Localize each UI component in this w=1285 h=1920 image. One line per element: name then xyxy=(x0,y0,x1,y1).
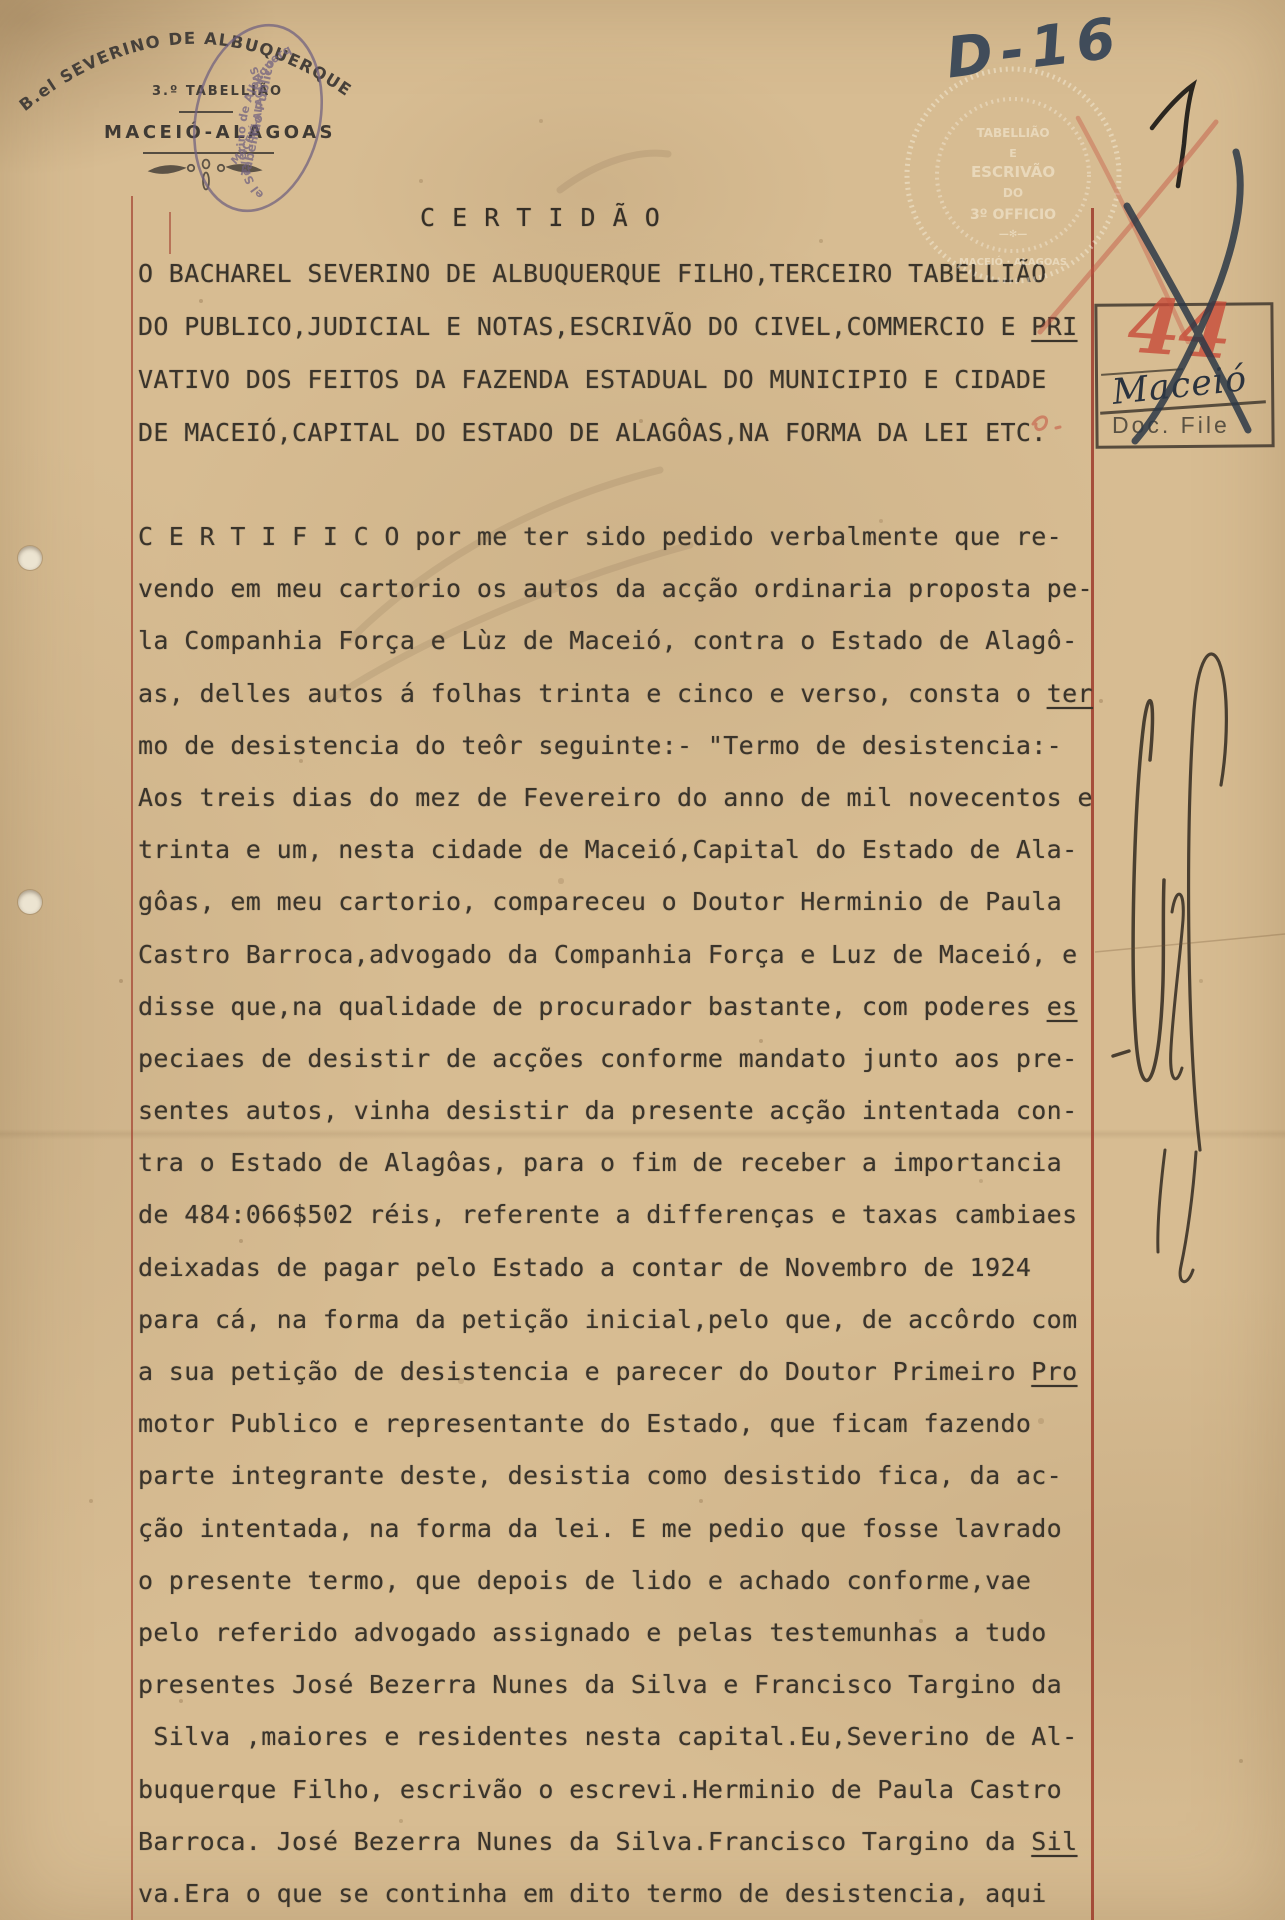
letterhead-title: 3.º TABELLIÃO xyxy=(152,84,283,99)
left-margin-line xyxy=(131,196,133,1920)
fold-crease xyxy=(1095,934,1285,952)
typewritten-line: para cá, na forma da petição inicial,pel… xyxy=(138,1294,1093,1346)
oval-notary-stamp: B.el Severino de Albuquerque Tabellião P… xyxy=(178,13,338,223)
punch-hole xyxy=(18,546,42,570)
signature-flourish xyxy=(1113,654,1226,1282)
typewritten-line: sentes autos, vinha desistir da presente… xyxy=(138,1085,1093,1137)
underlined-text: ter xyxy=(1047,679,1093,708)
document-page: 3.º TABELLIÃO MACEIÓ-ALAGOAS C E R T I D… xyxy=(0,0,1285,1920)
typewritten-line: deixadas de pagar pelo Estado a contar d… xyxy=(138,1242,1093,1294)
typewritten-line: Castro Barroca,advogado da Companhia For… xyxy=(138,929,1093,981)
typewritten-line: Aos treis dias do mez de Fevereiro do an… xyxy=(138,772,1093,824)
typewritten-line: buquerque Filho, escrivão o escrevi.Herm… xyxy=(138,1764,1093,1816)
paper-speckles xyxy=(0,0,2,2)
underlined-text: Pro xyxy=(1031,1357,1077,1386)
punch-hole xyxy=(18,890,42,914)
typewritten-line: o presente termo, que depois de lido e a… xyxy=(138,1555,1093,1607)
typewritten-line: as, delles autos á folhas trinta e cinco… xyxy=(138,668,1093,720)
seal-line: 3º OFFICIO xyxy=(970,207,1056,223)
handwritten-doc-code: D-16 xyxy=(943,5,1126,91)
typewritten-line: motor Publico e representante do Estado,… xyxy=(138,1398,1093,1450)
seal-separator: —✻— xyxy=(999,229,1027,240)
typewritten-line: de 484:066$502 réis, referente a differe… xyxy=(138,1189,1093,1241)
typewritten-line: disse que,na qualidade de procurador bas… xyxy=(138,981,1093,1033)
typewritten-line: la Companhia Força e Lùz de Maceió, cont… xyxy=(138,615,1093,667)
typewritten-line: DE MACEIÓ,CAPITAL DO ESTADO DE ALAGÔAS,N… xyxy=(138,406,1078,459)
underlined-text: es xyxy=(1047,992,1078,1021)
typewritten-line: Silva ,maiores e residentes nesta capita… xyxy=(138,1711,1093,1763)
underlined-text: PRI xyxy=(1031,312,1077,341)
oval-stamp-city: MACEIÓ-ALAGOAS xyxy=(228,63,275,171)
oval-stamp-name: B.el Severino de Albuquerque xyxy=(220,35,298,204)
document-title: C E R T I D Ã O xyxy=(420,203,661,232)
handwritten-page-number xyxy=(1152,85,1193,186)
underlined-text: Sil xyxy=(1031,1827,1077,1856)
seal-line: DO xyxy=(1003,186,1023,200)
typewritten-line: peciaes de desistir de acções conforme m… xyxy=(138,1033,1093,1085)
typewritten-line: mo de desistencia do teôr seguinte:- "Te… xyxy=(138,720,1093,772)
doc-file-label: Doc. File xyxy=(1112,412,1230,439)
oval-stamp-role: Tabellião Publico xyxy=(238,58,277,178)
seal-line: TABELLIÃO xyxy=(976,125,1049,140)
typewritten-line: C E R T I F I C O por me ter sido pedido… xyxy=(138,511,1093,563)
preamble-paragraph: O BACHAREL SEVERINO DE ALBUQUERQUE FILHO… xyxy=(138,247,1078,459)
seal-line: ESCRIVÃO xyxy=(971,162,1055,181)
typewritten-line: vendo em meu cartorio os autos da acção … xyxy=(138,563,1093,615)
seal-line: E xyxy=(1009,147,1017,160)
typewritten-line: gôas, em meu cartorio, compareceu o Dout… xyxy=(138,876,1093,928)
svg-text:B.el Severino de Albuquerque: B.el Severino de Albuquerque xyxy=(220,35,298,204)
typewritten-line: tra o Estado de Alagôas, para o fim de r… xyxy=(138,1137,1093,1189)
typewritten-line: pelo referido advogado assignado e pelas… xyxy=(138,1607,1093,1659)
typewritten-line: presentes José Bezerra Nunes da Silva e … xyxy=(138,1659,1093,1711)
typewritten-line: O BACHAREL SEVERINO DE ALBUQUERQUE FILHO… xyxy=(138,247,1078,300)
body-paragraph: C E R T I F I C O por me ter sido pedido… xyxy=(138,511,1093,1920)
typewritten-line: parte integrante deste, desistia como de… xyxy=(138,1450,1093,1502)
typewritten-line: Barroca. José Bezerra Nunes da Silva.Fra… xyxy=(138,1816,1093,1868)
typewritten-line: DO PUBLICO,JUDICIAL E NOTAS,ESCRIVÃO DO … xyxy=(138,300,1078,353)
letterhead-city: MACEIÓ-ALAGOAS xyxy=(104,122,336,143)
svg-text:MACEIÓ-ALAGOAS: MACEIÓ-ALAGOAS xyxy=(228,63,275,171)
typewritten-line: trinta e um, nesta cidade de Maceió,Capi… xyxy=(138,824,1093,876)
typewritten-line: ção intentada, na forma da lei. E me ped… xyxy=(138,1503,1093,1555)
typewritten-line: VATIVO DOS FEITOS DA FAZENDA ESTADUAL DO… xyxy=(138,353,1078,406)
typewritten-line: va.Era o que se continha em dito termo d… xyxy=(138,1868,1093,1920)
letterhead-ornament-icon xyxy=(150,160,260,190)
typewritten-line: a sua petição de desistencia e parecer d… xyxy=(138,1346,1093,1398)
